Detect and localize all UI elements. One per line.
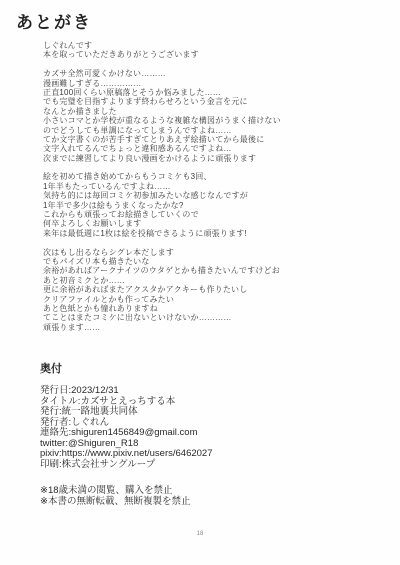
afterword-line: あと色紙とかも憧れありますね [43,304,281,313]
colophon-info: 発行日:2023/12/31タイトル:カズサとえっちする本発行:統一路地裏共同体… [40,386,213,470]
afterword-line: 頑張ります…… [43,323,281,332]
notice-line: ※18歳未満の閲覧、購入を禁止 [40,486,190,497]
afterword-line [43,60,281,69]
afterword-line: これからも頑張ってお絵描きしていくので [43,210,281,219]
afterword-line: 更に余裕があればまたアクスタかアクキーも作りたいし [43,285,281,294]
afterword-line: 次はもし出るならシグレ本だします [43,248,281,257]
page-number: 18 [0,531,400,537]
page-title: あとがき [16,8,92,33]
afterword-line: てことはまたコミケに出ないといけないか………… [43,313,281,322]
colophon-line: 連絡先:shiguren1456849@gmail.com [40,428,213,439]
afterword-line: 絵を初めて描き始めてからもうコミケも3回、 [43,172,281,181]
afterword-line: あと初音ミクとか…… [43,276,281,285]
afterword-line: 1年半もたっているんですよね…… [43,182,281,191]
afterword-line: 小さいコマとか学校が重なるような複雑な構図がうまく描けない [43,116,281,125]
colophon-notices: ※18歳未満の閲覧、購入を禁止※本書の無断転載、無断複製を禁止 [40,486,190,507]
afterword-line: 余裕があればアークナイツのウタゲとかも描きたいんですけどお [43,266,281,275]
afterword-line: 正直100回くらい原稿落とそうか悩みました…… [43,88,281,97]
afterword-line: カズサ全然可愛くかけない……… [43,69,281,78]
afterword-text: しぐれんです本を取っていただきありがとうございます カズサ全然可愛くかけない……… [43,41,281,332]
afterword-line: 次までに練習してより良い漫画をかけるように頑張ります [43,154,281,163]
afterword-line: 本を取っていただきありがとうございます [43,50,281,59]
afterword-line: でもパイズリ本も描きたいな [43,257,281,266]
colophon-line: pixiv:https://www.pixiv.net/users/646202… [40,449,213,460]
afterword-line: しぐれんです [43,41,281,50]
afterword-line: 来年は最低週に1枚は絵を投稿できるように頑張ります! [43,229,281,238]
afterword-line: てか文字書くのが苦手すぎてとりあえず絵描いてから最後に [43,135,281,144]
afterword-line: 1年半で多少は絵もうまくなったかな? [43,201,281,210]
afterword-line: のでどうしても単調になってしまうんですよね…… [43,126,281,135]
colophon-line: 発行:統一路地裏共同体 [40,407,213,418]
notice-line: ※本書の無断転載、無断複製を禁止 [40,497,190,508]
colophon-line: 発行日:2023/12/31 [40,386,213,397]
afterword-line: 気持ち的には毎回コミケ初参加みたいな感じなんですが [43,191,281,200]
afterword-line: 何卒よろしくお願いします [43,219,281,228]
afterword-line: クリアファイルとかも作ってみたい [43,295,281,304]
afterword-line: 文字入れてるんでちょっと違和感あるんですよね… [43,144,281,153]
colophon-line: 印刷:株式会社サングループ [40,460,213,471]
afterword-line: でも完璧を目指すよりまず終わらせろという金言を元に [43,97,281,106]
scanned-page: あとがき しぐれんです本を取っていただきありがとうございます カズサ全然可愛くか… [0,0,400,565]
afterword-line: なんとか描きました [43,107,281,116]
colophon-title: 奥付 [40,360,62,376]
afterword-line [43,238,281,247]
afterword-line: 漫画難しすぎる…………… [43,79,281,88]
